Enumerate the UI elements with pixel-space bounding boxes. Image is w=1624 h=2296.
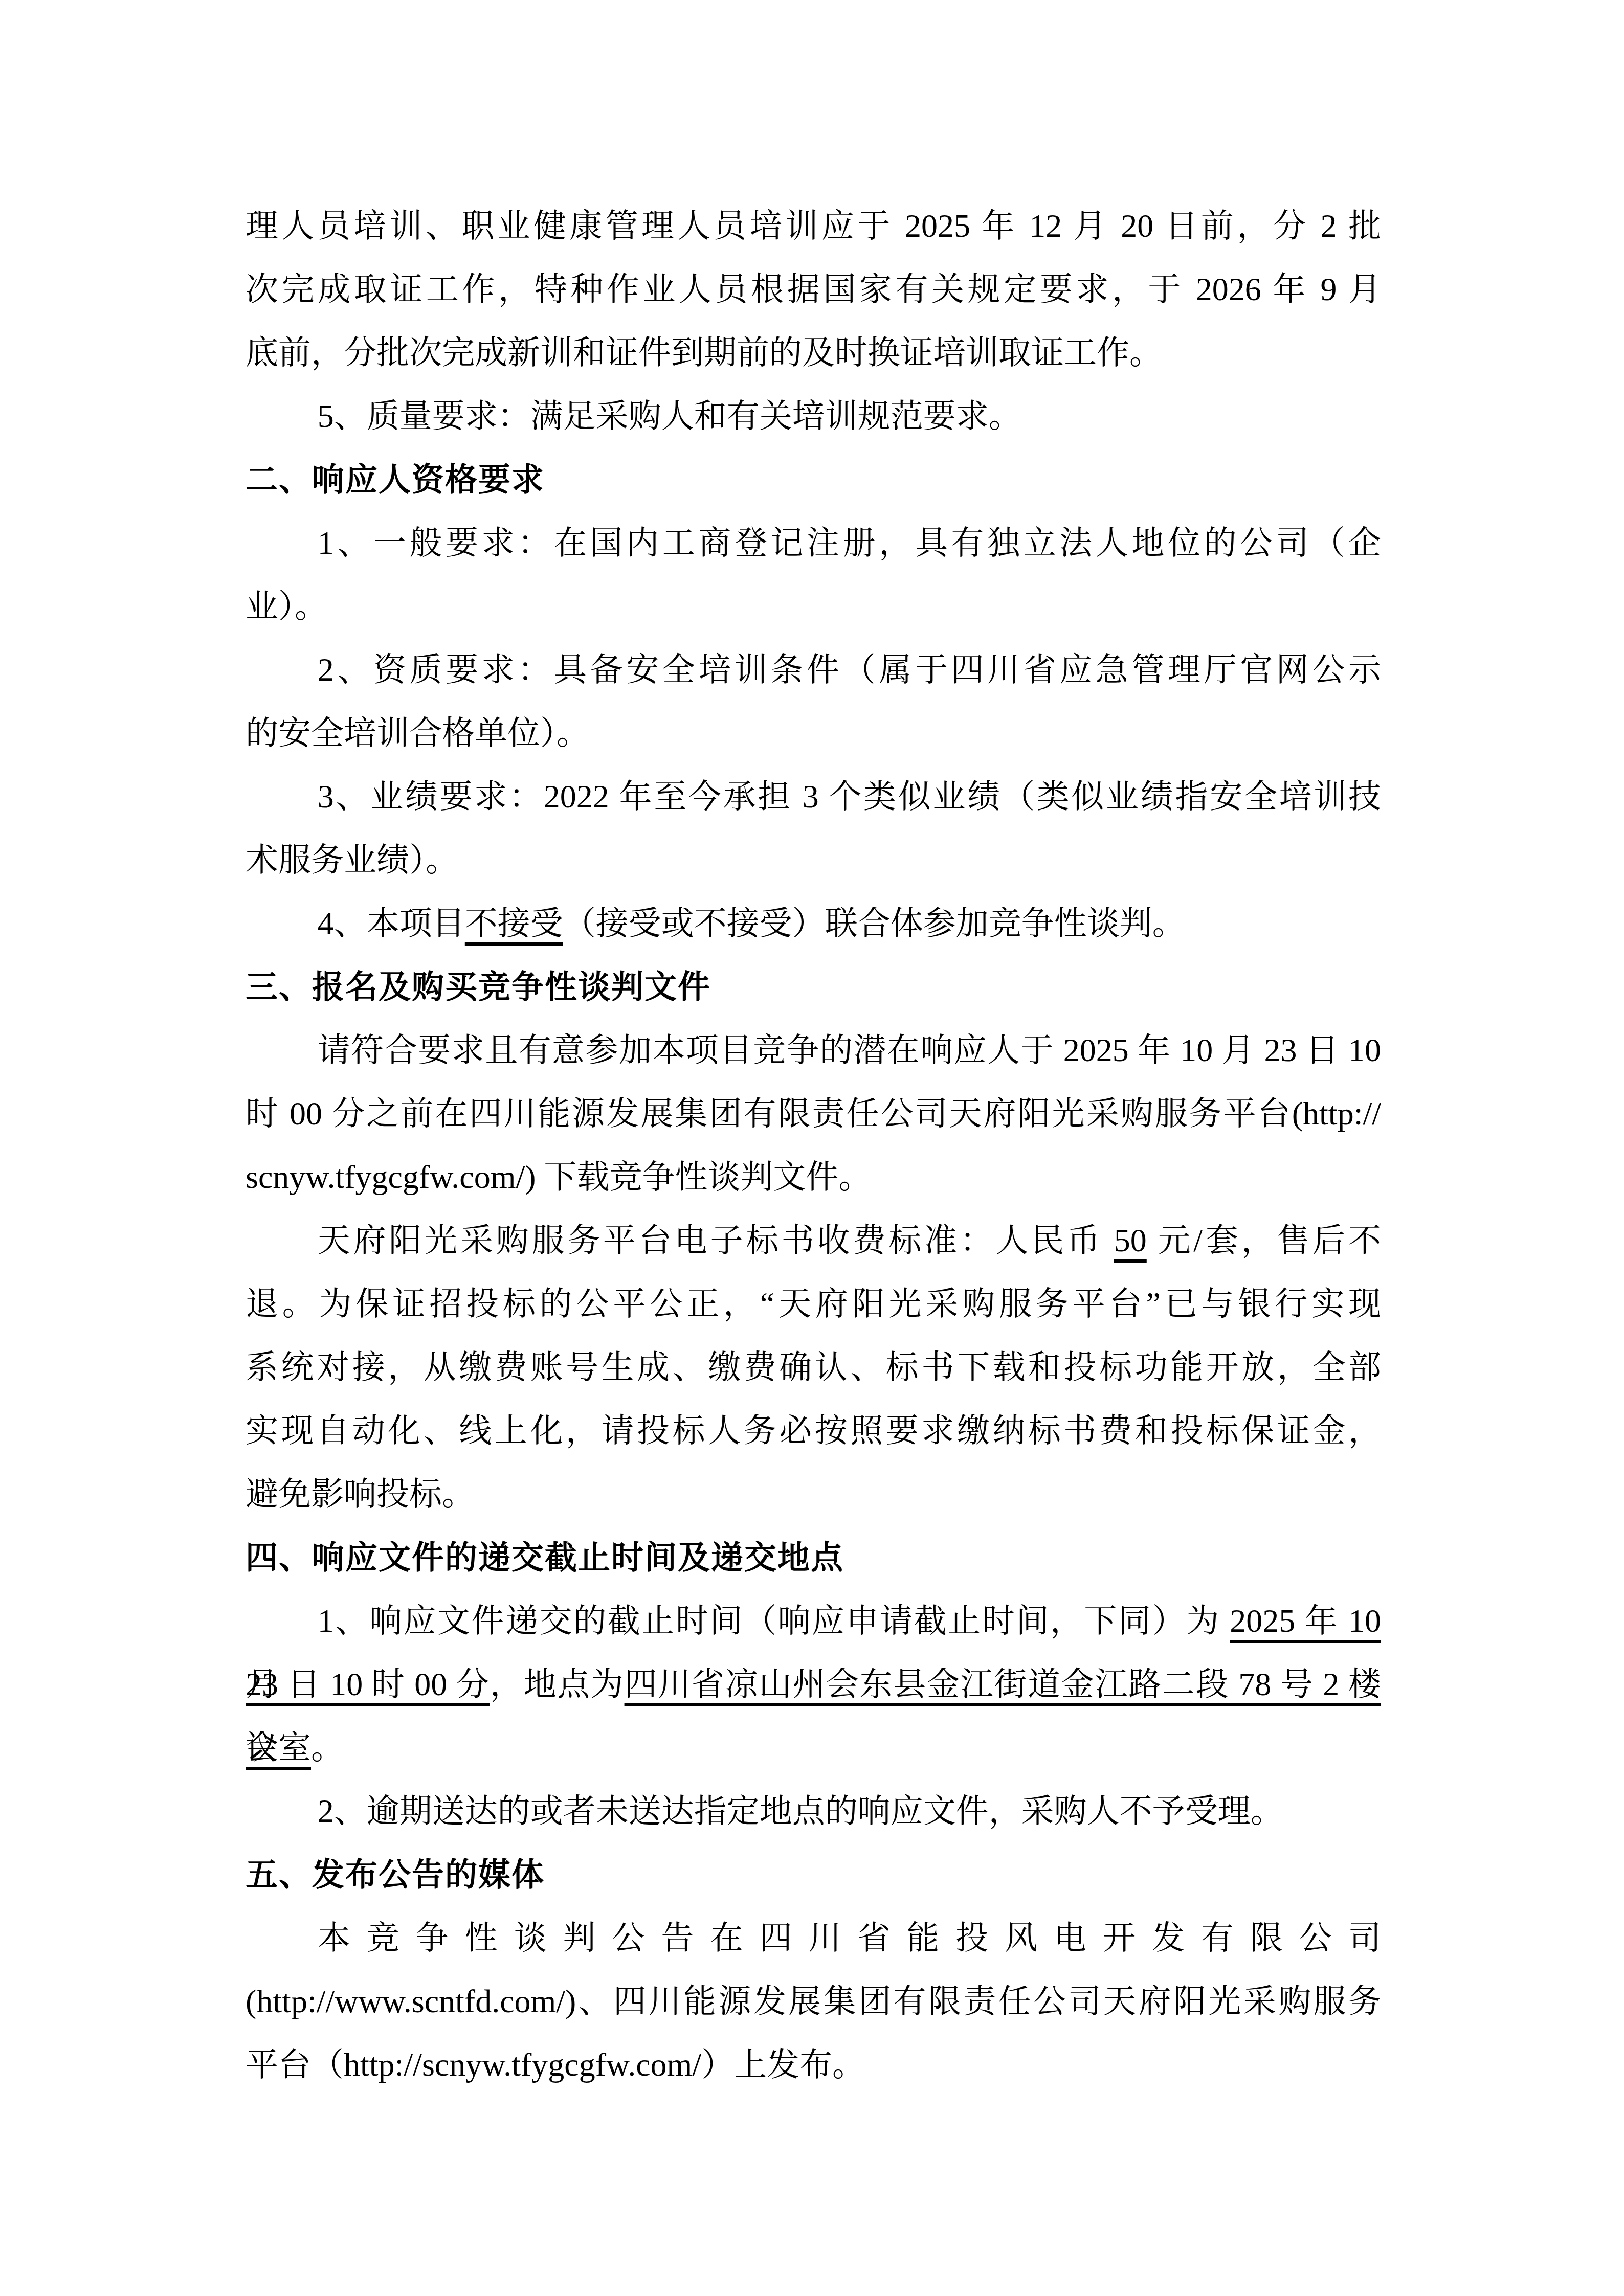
- sec4-item1-text: 1、响应文件递交的截止时间（响应申请截止时间，下同）为: [318, 1603, 1230, 1639]
- sec4-item1-text-mid: ，地点为: [490, 1666, 625, 1702]
- sec1-item4-line-3: 底前，分批次完成新训和证件到期前的及时换证培训取证工作。: [246, 321, 1381, 385]
- sec4-item1-period: 。: [311, 1729, 344, 1766]
- sec4-heading: 四、响应文件的递交截止时间及递交地点: [246, 1526, 1381, 1589]
- sec4-item2-line: 2、逾期送达的或者未送达指定地点的响应文件，采购人不予受理。: [246, 1780, 1381, 1843]
- sec2-item4-text: 4、本项目: [318, 905, 465, 941]
- sec2-item2-line-1: 2、资质要求：具备安全培训条件（属于四川省应急管理厅官网公示: [246, 638, 1381, 702]
- sec3-para1-line-3: scnyw.tfygcgfw.com/) 下载竞争性谈判文件。: [246, 1145, 1381, 1209]
- sec3-para2-text: 天府阳光采购服务平台电子标书收费标准：人民币: [318, 1222, 1114, 1258]
- sec3-para2-line-4: 实现自动化、线上化，请投标人务必按照要求缴纳标书费和投标保证金，: [246, 1399, 1381, 1462]
- sec2-item4-text-tail: （接受或不接受）联合体参加竞争性谈判。: [563, 905, 1185, 941]
- sec3-para2-line-5: 避免影响投标。: [246, 1462, 1381, 1526]
- sec2-item2-line-2: 的安全培训合格单位）。: [246, 702, 1381, 765]
- document-page: 理人员培训、职业健康管理人员培训应于 2025 年 12 月 20 日前，分 2…: [0, 0, 1624, 2296]
- sec1-item5-line: 5、质量要求：满足采购人和有关培训规范要求。: [246, 385, 1381, 448]
- sec4-item1-line-3: 议室。: [246, 1716, 1381, 1780]
- sec3-para2-text-tail: 元/套，售后不: [1147, 1222, 1381, 1258]
- sec5-heading: 五、发布公告的媒体: [246, 1843, 1381, 1906]
- sec2-item1-line-1: 1、一般要求：在国内工商登记注册，具有独立法人地位的公司（企: [246, 511, 1381, 575]
- underlined-price: 50: [1114, 1222, 1147, 1258]
- sec3-para1-line-1: 请符合要求且有意参加本项目竞争的潜在响应人于 2025 年 10 月 23 日 …: [246, 1019, 1381, 1082]
- sec2-item1-line-2: 业）。: [246, 575, 1381, 638]
- underlined-text: 不接受: [465, 905, 563, 941]
- sec2-item4-line: 4、本项目不接受（接受或不接受）联合体参加竞争性谈判。: [246, 892, 1381, 955]
- sec5-para1-line-1: 本竞争性谈判公告在四川省能投风电开发有限公司: [246, 1906, 1381, 1970]
- sec2-item3-line-2: 术服务业绩）。: [246, 828, 1381, 892]
- underlined-deadline-time: 23 日 10 时 00 分: [246, 1666, 490, 1702]
- underlined-address-tail: 议室: [246, 1729, 311, 1766]
- sec4-item1-line-1: 1、响应文件递交的截止时间（响应申请截止时间，下同）为 2025 年 10 月: [246, 1589, 1381, 1653]
- sec3-para2-line-3: 系统对接，从缴费账号生成、缴费确认、标书下载和投标功能开放，全部: [246, 1336, 1381, 1399]
- sec5-para1-line-3: 平台（http://scnyw.tfygcgfw.com/）上发布。: [246, 2033, 1381, 2097]
- sec3-para1-line-2: 时 00 分之前在四川能源发展集团有限责任公司天府阳光采购服务平台(http:/…: [246, 1082, 1381, 1145]
- sec4-item1-line-2: 23 日 10 时 00 分，地点为四川省凉山州会东县金江街道金江路二段 78 …: [246, 1653, 1381, 1716]
- sec5-para1-line-2: (http://www.scntfd.com/)、四川能源发展集团有限责任公司天…: [246, 1970, 1381, 2033]
- sec2-item3-line-1: 3、业绩要求：2022 年至今承担 3 个类似业绩（类似业绩指安全培训技: [246, 765, 1381, 828]
- sec2-heading: 二、响应人资格要求: [246, 448, 1381, 511]
- sec3-para2-line-1: 天府阳光采购服务平台电子标书收费标准：人民币 50 元/套，售后不: [246, 1209, 1381, 1272]
- sec1-item4-line-2: 次完成取证工作，特种作业人员根据国家有关规定要求，于 2026 年 9 月: [246, 258, 1381, 321]
- sec3-para2-line-2: 退。为保证招投标的公平公正，“天府阳光采购服务平台”已与银行实现: [246, 1272, 1381, 1336]
- sec3-heading: 三、报名及购买竞争性谈判文件: [246, 955, 1381, 1019]
- sec1-item4-line-1: 理人员培训、职业健康管理人员培训应于 2025 年 12 月 20 日前，分 2…: [246, 194, 1381, 258]
